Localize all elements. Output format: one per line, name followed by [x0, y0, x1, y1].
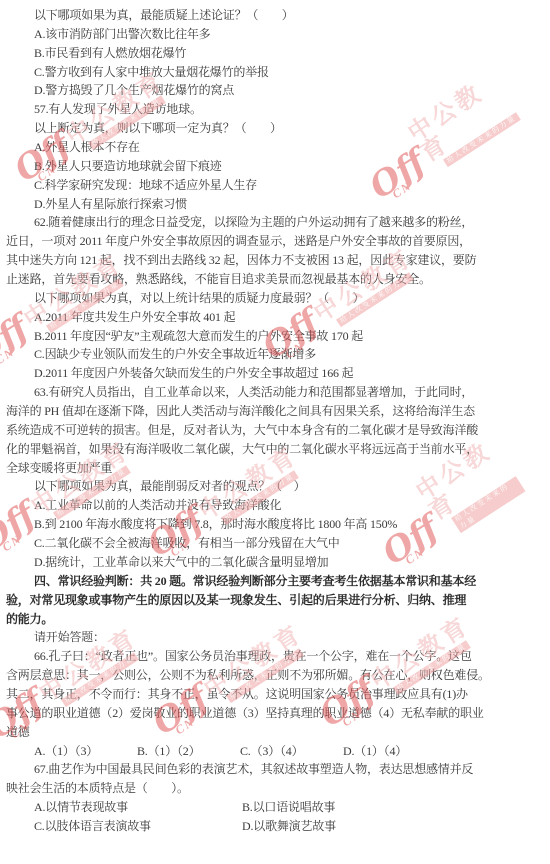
doc-line: D.2011 年度因户外装备欠缺而发生的户外安全事故超过 166 起 [6, 364, 546, 383]
doc-line: 请开始答题： [6, 628, 546, 647]
doc-line: 的能力。 [6, 610, 546, 629]
doc-line: A.2011 年度共发生户外安全事故 401 起 [6, 308, 546, 327]
document-body: 以下哪项如果为真，最能质疑上述论证？（ ）A.该市消防部门出警次数比往年多B.市… [6, 6, 546, 836]
doc-line: B.市民看到有人燃放烟花爆竹 [6, 44, 546, 63]
doc-line: 57.有人发现了外星人造访地球。 [6, 100, 546, 119]
doc-line: 其二，其身正，不令而行：其身不正，虽令不从。这说明国家公务员治事理政应具有(1)… [6, 685, 546, 704]
doc-line: 事公道的职业道德（2）爱岗敬业的职业道德（3）坚持真理的职业道德（4）无私奉献的… [6, 704, 546, 723]
doc-line: 其中迷失方向 121 起，找不到出去路线 32 起，因体力不支被困 13 起，因… [6, 251, 546, 270]
option-label: A.（1）（3） [34, 742, 137, 761]
doc-line: 海洋的 PH 值却在逐渐下降，因此人类活动与海洋酸化之间具有因果关系，这将给海洋… [6, 402, 546, 421]
document-page: 以下哪项如果为真，最能质疑上述论证？（ ）A.该市消防部门出警次数比往年多B.市… [0, 0, 550, 864]
doc-line: 以下哪项如果为真，对以上统计结果的质疑力度最弱？（ ） [6, 289, 546, 308]
doc-line: C.科学家研究发现：地球不适应外星人生存 [6, 176, 546, 195]
doc-line: 以上断定为真，则以下哪项一定为真？（ ） [6, 119, 546, 138]
doc-line: 止迷路，首先要看攻略，熟悉路线，不能盲目追求美景而忽视最基本的人身安全。 [6, 270, 546, 289]
doc-line: C.因缺少专业领队而发生的户外安全事故近年逐渐增多 [6, 345, 546, 364]
doc-line: 以下哪项如果为真，最能削弱反对者的观点？（ ） [6, 477, 546, 496]
option-label: A.以情节表现故事 [34, 798, 242, 817]
doc-line: A.工业革命以前的人类活动并没有导致海洋酸化 [6, 496, 546, 515]
doc-line: 含两层意思：其一，公则公，公则不为私利所惑，正则不为邪所媚。有公在心，则权色难侵… [6, 666, 546, 685]
doc-line: D.警方捣毁了几个生产烟花爆竹的窝点 [6, 81, 546, 100]
option-label: C.以肢体语言表演故事 [34, 817, 242, 836]
doc-line: 近日，一项对 2011 年度户外安全事故原因的调查显示，迷路是户外安全事故的首要… [6, 232, 546, 251]
doc-line: 验，对常见现象或事物产生的原因以及某一现象发生、引起的后果进行分析、归纳、推理 [6, 591, 546, 610]
doc-line: 道德 [6, 723, 546, 742]
doc-line: B.2011 年度因“驴友”主观疏忽大意而发生的户外安全事故 170 起 [6, 327, 546, 346]
options-row: A.（1）（3）B.（1）（2）C.（3）（4）D.（1）（4） [6, 742, 546, 761]
doc-line: B.外星人只要造访地球就会留下痕迹 [6, 157, 546, 176]
option-label: B.以口语说唱故事 [242, 798, 450, 817]
doc-line: C.二氧化碳不会全被海洋吸收，有相当一部分残留在大气中 [6, 534, 546, 553]
doc-line: A.该市消防部门出警次数比往年多 [6, 25, 546, 44]
doc-line: 62.随着健康出行的理念日益受宠，以探险为主题的户外运动拥有了越来越多的粉丝， [6, 213, 546, 232]
option-label: B.（1）（2） [137, 742, 240, 761]
doc-line: 以下哪项如果为真，最能质疑上述论证？（ ） [6, 6, 546, 25]
doc-line: 67.曲艺作为中国最具民间色彩的表演艺术，其叙述故事塑造人物，表达思想感情并反 [6, 760, 546, 779]
options-row: A.以情节表现故事B.以口语说唱故事 [6, 798, 546, 817]
doc-line: B.到 2100 年海水酸度将下降到 7.8，那时海水酸度将比 1800 年高 … [6, 515, 546, 534]
option-label: D.以歌舞演艺故事 [242, 817, 450, 836]
doc-line: 四、常识经验判断：共 20 题。常识经验判断部分主要考查考生依据基本常识和基本经 [6, 572, 546, 591]
doc-line: C.警方收到有人家中堆放大量烟花爆竹的举报 [6, 63, 546, 82]
option-label: C.（3）（4） [240, 742, 343, 761]
doc-line: D.外星人有星际旅行探索习惯 [6, 195, 546, 214]
doc-line: 全球变暖将更加严重 [6, 459, 546, 478]
doc-line: 化的罪魁祸首，如果没有海洋吸收二氧化碳，大气中的二氧化碳水平将远远高于当前水平， [6, 440, 546, 459]
option-label: D.（1）（4） [343, 742, 446, 761]
options-row: C.以肢体语言表演故事D.以歌舞演艺故事 [6, 817, 546, 836]
doc-line: 映社会生活的本质特点是（ ）。 [6, 779, 546, 798]
doc-line: 63.有研究人员指出，自工业革命以来，人类活动能力和范围都显著增加，于此同时， [6, 383, 546, 402]
doc-line: D.据统计，工业革命以来大气中的二氧化碳含量明显增加 [6, 553, 546, 572]
doc-line: A.外星人根本不存在 [6, 138, 546, 157]
doc-line: 66.孔子曰：“政者正也”。国家公务员治事理政，贵在一个公字，难在一个公字。这包 [6, 647, 546, 666]
doc-line: 系统造成不可逆转的损害。但是，反对者认为，大气中本身含有的二氧化碳才是导致海洋酸 [6, 421, 546, 440]
